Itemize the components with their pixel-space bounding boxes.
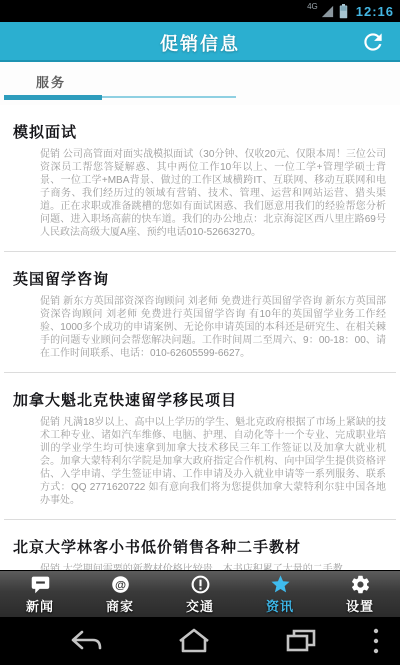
nav-label: 资讯 <box>266 596 294 615</box>
overflow-menu-button[interactable] <box>372 624 396 658</box>
tab-services-label: 服务 <box>36 75 66 90</box>
nav-label: 新闻 <box>26 596 54 615</box>
divider <box>4 519 396 520</box>
tab-bar: 服务 <box>0 62 400 105</box>
promo-section-quebec-immigration: 加拿大魁北克快速留学移民项目 促销 凡满18岁以上、高中以上学历的学生、魁北克政… <box>0 389 400 520</box>
section-body: 促销 大学期间需要的新教材价格比较贵、本书店积累了大量的二手教 <box>40 563 386 570</box>
promo-section-uk-study: 英国留学咨询 促销 新东方英国部资深咨询顾问 刘老师 免费进行英国留学咨询 新东… <box>0 268 400 373</box>
section-body: 促销 公司高管面对面实战模拟面试（30分钟、仅收20元、仅限本周！三位公司资深员… <box>40 148 386 239</box>
promo-section-mock-interview: 模拟面试 促销 公司高管面对面实战模拟面试（30分钟、仅收20元、仅限本周！三位… <box>0 121 400 252</box>
recents-button[interactable] <box>285 624 331 658</box>
nav-item-merchants[interactable]: @ 商家 <box>80 571 160 617</box>
nav-label: 交通 <box>186 596 214 615</box>
android-navigation-bar <box>0 617 400 665</box>
divider <box>4 372 396 373</box>
page-title: 促销信息 <box>0 30 400 56</box>
settings-icon <box>350 574 371 595</box>
menu-icon <box>372 626 396 656</box>
section-body: 促销 凡满18岁以上、高中以上学历的学生、魁北克政府根据了市场上紧缺的技术工种专… <box>40 416 386 507</box>
nav-item-traffic[interactable]: 交通 <box>160 571 240 617</box>
promo-list[interactable]: 模拟面试 促销 公司高管面对面实战模拟面试（30分钟、仅收20元、仅限本周！三位… <box>0 105 400 570</box>
recents-icon <box>285 628 331 654</box>
refresh-icon <box>360 29 392 55</box>
merchant-icon: @ <box>110 574 131 595</box>
promo-section-used-textbooks: 北京大学林客小书低价销售各种二手教材 促销 大学期间需要的新教材价格比较贵、本书… <box>0 536 400 570</box>
status-time: 12:16 <box>356 4 394 19</box>
news-icon <box>30 574 51 595</box>
battery-icon <box>339 4 348 19</box>
traffic-icon <box>190 574 211 595</box>
section-title: 英国留学咨询 <box>13 268 400 289</box>
section-body: 促销 新东方英国部资深咨询顾问 刘老师 免费进行英国留学咨询 新东方英国部资深咨… <box>40 295 386 360</box>
nav-item-news[interactable]: 新闻 <box>0 571 80 617</box>
home-button[interactable] <box>177 624 223 658</box>
app-header: 促销信息 <box>0 22 400 62</box>
section-title: 加拿大魁北克快速留学移民项目 <box>13 389 400 410</box>
back-icon <box>69 629 115 653</box>
nav-item-settings[interactable]: 设置 <box>320 571 400 617</box>
nav-label: 设置 <box>346 596 374 615</box>
status-bar: 4G 12:16 <box>0 0 400 22</box>
tab-services[interactable]: 服务 <box>36 72 66 91</box>
divider <box>4 251 396 252</box>
nav-label: 商家 <box>106 596 134 615</box>
app-screen: 4G 12:16 促销信息 服务 模拟面试 促销 公司高管面对面实战模拟面试（3… <box>0 0 400 665</box>
svg-text:@: @ <box>114 579 125 591</box>
tab-active-indicator <box>4 95 102 100</box>
signal-icon <box>320 4 335 19</box>
bottom-nav: 新闻 @ 商家 交通 资讯 设置 <box>0 570 400 617</box>
back-button[interactable] <box>69 624 115 658</box>
network-type-label: 4G <box>307 2 318 11</box>
refresh-button[interactable] <box>360 27 392 57</box>
section-title: 模拟面试 <box>13 121 400 142</box>
section-title: 北京大学林客小书低价销售各种二手教材 <box>13 536 400 557</box>
nav-item-info[interactable]: 资讯 <box>240 571 320 617</box>
home-icon <box>177 628 223 654</box>
star-icon <box>270 574 291 595</box>
